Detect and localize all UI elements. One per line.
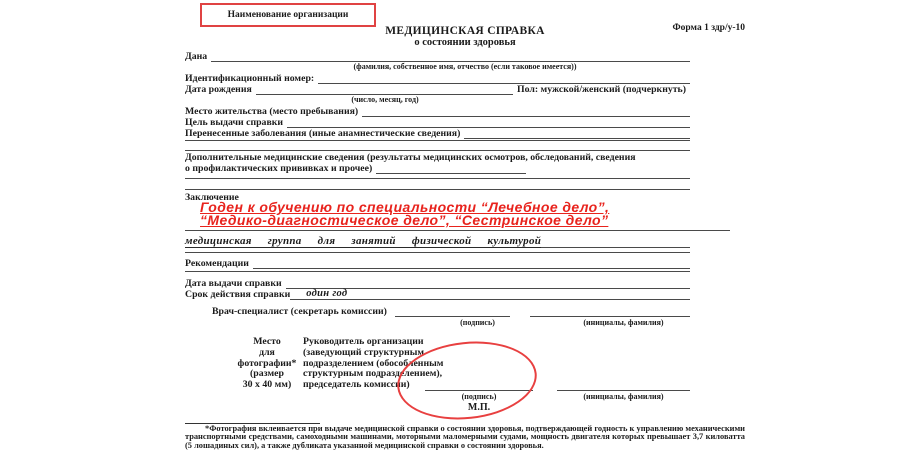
additional-info-text1: Дополнительные медицинские сведения (рез…: [185, 152, 636, 163]
head-name-caption: (инициалы, фамилия): [557, 392, 690, 401]
sex-label: Пол: мужской/женский (подчеркнуть): [517, 84, 686, 95]
page: { "header": { "org_name_label": "Наимено…: [0, 0, 920, 460]
blank-gap: [510, 306, 530, 317]
additional-info-text2: о профилактических прививках и прочее): [185, 163, 372, 174]
photo-line: 30 х 40 мм): [217, 380, 317, 391]
conclusion-handwritten-line2: “Медико-диагностическое дело”, “Сестринс…: [200, 214, 725, 227]
document-subtitle: о состоянии здоровья: [185, 37, 745, 48]
id-number-blank: [318, 73, 690, 84]
field-id-number: Идентификационный номер:: [185, 73, 690, 84]
field-recommendations: Рекомендации: [185, 258, 690, 269]
doctor-name-caption: (инициалы, фамилия): [557, 318, 690, 327]
validity-label: Срок действия справки: [185, 289, 290, 300]
blank-line: [185, 178, 690, 179]
blank-line: [185, 189, 690, 190]
field-additional-info-line2: о профилактических прививках и прочее): [185, 163, 690, 174]
issue-date-label: Дата выдачи справки: [185, 278, 282, 289]
blank-line: [185, 252, 690, 253]
doctor-signature-blank: [395, 306, 510, 317]
doctor-label: Врач-специалист (секретарь комиссии): [212, 306, 387, 317]
additional-info-blank: [376, 163, 526, 174]
field-doctor: Врач-специалист (секретарь комиссии): [185, 306, 690, 317]
given-caption: (фамилия, собственное имя, отчество (есл…: [240, 62, 690, 71]
field-issue-date: Дата выдачи справки: [185, 278, 690, 289]
blank-line: [185, 140, 690, 141]
field-given: Дана: [185, 51, 690, 62]
given-label: Дана: [185, 51, 207, 62]
doctor-name-blank: [530, 306, 690, 317]
residence-blank: [362, 106, 690, 117]
field-med-group: медицинская группа для занятий физическо…: [185, 236, 690, 248]
purpose-blank: [287, 117, 690, 128]
recommendations-label: Рекомендации: [185, 258, 249, 269]
med-group-text: медицинская группа для занятий физическо…: [185, 236, 541, 248]
recommendations-blank: [253, 258, 690, 269]
blank-line: [185, 150, 690, 151]
document-title: МЕДИЦИНСКАЯ СПРАВКА: [185, 25, 745, 37]
org-name-red-box: Наименование организации: [200, 3, 376, 27]
blank-line: [185, 230, 730, 231]
id-number-label: Идентификационный номер:: [185, 73, 314, 84]
residence-label: Место жительства (место пребывания): [185, 106, 358, 117]
past-illnesses-blank: [464, 128, 690, 139]
blank-line: [185, 271, 690, 272]
field-purpose: Цель выдачи справки: [185, 117, 690, 128]
purpose-label: Цель выдачи справки: [185, 117, 283, 128]
validity-value: один год: [306, 288, 347, 299]
footnote-text: *Фотография вклеивается при выдаче медиц…: [185, 425, 745, 450]
birth-date-label: Дата рождения: [185, 84, 252, 95]
field-additional-info-line1: Дополнительные медицинские сведения (рез…: [185, 152, 690, 163]
field-validity: Срок действия справки один год: [185, 289, 690, 300]
validity-blank: один год: [290, 289, 690, 300]
birth-date-caption: (число, месяц, год): [275, 95, 495, 104]
org-name-label: Наименование организации: [228, 10, 349, 20]
med-group-blank: [541, 236, 690, 248]
birth-date-blank: [256, 84, 513, 95]
head-name-blank: [557, 390, 690, 391]
medical-certificate-document: Наименование организации Форма 1 здр/у-1…: [185, 0, 745, 460]
photo-line: для: [217, 348, 317, 359]
given-blank: [211, 51, 690, 62]
doctor-signature-caption: (подпись): [418, 318, 537, 327]
field-past-illnesses: Перенесенные заболевания (иные анамнести…: [185, 128, 690, 139]
past-illnesses-label: Перенесенные заболевания (иные анамнести…: [185, 128, 460, 139]
field-birth-date: Дата рождения Пол: мужской/женский (подч…: [185, 84, 690, 95]
field-residence: Место жительства (место пребывания): [185, 106, 690, 117]
photo-placeholder: Место для фотографии* (размер 30 х 40 мм…: [217, 337, 317, 391]
